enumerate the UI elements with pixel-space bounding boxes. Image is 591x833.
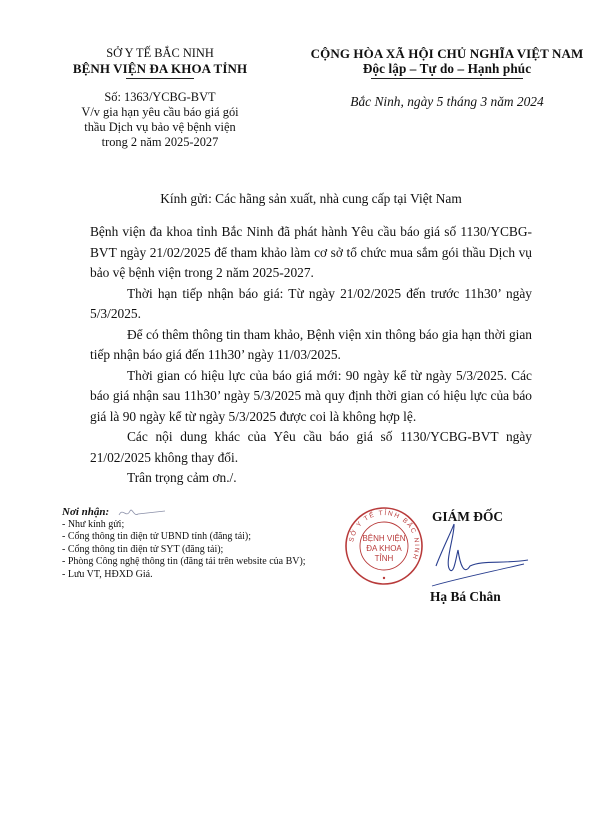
initial-scribble-icon xyxy=(117,505,167,521)
paragraph-1: Bệnh viện đa khoa tỉnh Bắc Ninh đã phát … xyxy=(90,222,532,284)
recipient-item: - Lưu VT, HĐXD Giá. xyxy=(62,569,306,582)
recipient-item: - Cổng thông tin điện tử SYT (đăng tải); xyxy=(62,544,306,557)
salutation: Kính gửi: Các hãng sản xuất, nhà cung cấ… xyxy=(90,191,532,207)
recipient-item: - Phòng Công nghệ thông tin (đăng tải tr… xyxy=(62,556,306,569)
subject-line-3: trong 2 năm 2025-2027 xyxy=(62,135,258,150)
svg-text:TỈNH: TỈNH xyxy=(375,554,394,563)
recipient-item: - Cổng thông tin điện tử UBND tỉnh (đăng… xyxy=(62,531,306,544)
paragraph-3: Để có thêm thông tin tham khảo, Bệnh việ… xyxy=(90,325,532,366)
official-stamp-icon: SỞ Y TẾ TỈNH BẮC NINH BỆNH VIỆN ĐA KHOA … xyxy=(344,506,424,586)
motto-underline xyxy=(371,78,523,79)
paragraph-4: Thời gian có hiệu lực của báo giá mới: 9… xyxy=(90,366,532,428)
closing: Trân trọng cảm ơn./. xyxy=(90,468,532,489)
paragraph-2: Thời hạn tiếp nhận báo giá: Từ ngày 21/0… xyxy=(90,284,532,325)
organization-underline xyxy=(126,78,194,79)
letter-body: Bệnh viện đa khoa tỉnh Bắc Ninh đã phát … xyxy=(90,222,532,489)
recipient-item: - Như kính gửi; xyxy=(62,519,306,532)
place-date: Bắc Ninh, ngày 5 tháng 3 năm 2024 xyxy=(302,94,591,110)
document-number: Số: 1363/YCBG-BVT xyxy=(62,90,258,105)
subject-line-2: thầu Dịch vụ bảo vệ bệnh viện xyxy=(62,120,258,135)
paragraph-5: Các nội dung khác của Yêu cầu báo giá số… xyxy=(90,427,532,468)
recipients-list: Nơi nhận: - Như kính gửi; - Cổng thông t… xyxy=(62,506,306,582)
issuer-header: SỞ Y TẾ BẮC NINH BỆNH VIỆN ĐA KHOA TỈNH … xyxy=(62,46,258,150)
signer-name: Hạ Bá Chân xyxy=(430,589,501,605)
national-header: CỘNG HÒA XÃ HỘI CHỦ NGHĨA VIỆT NAM Độc l… xyxy=(302,46,591,110)
svg-text:BỆNH VIỆN: BỆNH VIỆN xyxy=(362,534,405,543)
national-title: CỘNG HÒA XÃ HỘI CHỦ NGHĨA VIỆT NAM xyxy=(302,46,591,61)
department-name: SỞ Y TẾ BẮC NINH xyxy=(62,46,258,61)
recipients-title: Nơi nhận: xyxy=(62,506,306,519)
svg-text:ĐA KHOA: ĐA KHOA xyxy=(366,544,402,553)
handwritten-signature-icon xyxy=(430,520,530,590)
subject-line-1: V/v gia hạn yêu cầu báo giá gói xyxy=(62,105,258,120)
motto: Độc lập – Tự do – Hạnh phúc xyxy=(302,61,591,76)
organization-name: BỆNH VIỆN ĐA KHOA TỈNH xyxy=(62,61,258,76)
